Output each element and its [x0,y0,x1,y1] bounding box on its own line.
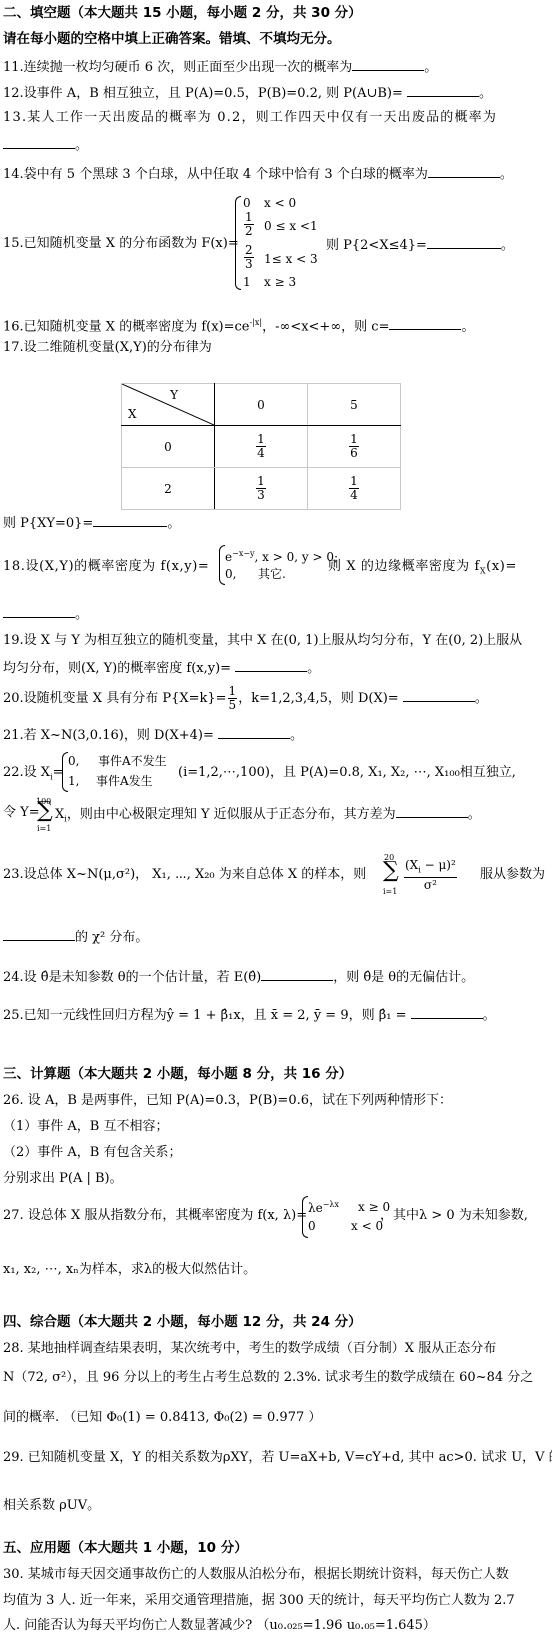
table-corner-header: Y X [122,384,215,426]
answer-blank[interactable] [396,805,468,818]
table-cell: 14 [215,426,308,468]
fraction: 12 [244,211,254,238]
section-title-comprehensive: 四、综合题（本大题共 2 小题，每小题 12 分，共 24 分） [3,1314,362,1330]
question-14: 14.袋中有 5 个黑球 3 个白球，从中任取 4 个球中恰有 3 个白球的概率… [3,165,513,183]
question-30: 30. 某城市每天因交通事故伤亡的人数服从泊松分布，根据长期统计资料，每天伤亡人… [3,1567,509,1583]
question-12: 12.设事件 A，B 相互独立，且 P(A)=0.5，P(B)=0.2, 则 P… [3,84,492,102]
question-24: 24.设 θ̂是未知参数 θ的一个估计量，若 E(θ̂)，则 θ̂是 θ的无偏估… [3,968,474,986]
answer-blank[interactable] [3,605,75,618]
answer-blank[interactable] [3,136,75,149]
answer-blank[interactable] [93,514,167,527]
section-title-calculation: 三、计算题（本大题共 2 小题，每小题 8 分，共 16 分） [3,1066,352,1082]
question-20: 20.设随机变量 X 具有分布 P{X=k}=15，k=1,2,3,4,5，则 … [3,685,488,712]
question-23-line2: 的 χ² 分布。 [3,928,148,946]
section-instruction: 请在每小题的空格中填上正确答案。错填、不填均无分。 [3,31,341,47]
question-15-answer: 则 P{2<X≤4}=。 [326,236,514,254]
question-27-line2: x₁, x₂, ⋯, xₙ为样本，求λ的极大似然估计。 [3,1262,256,1278]
summation-icon: ∑ [37,800,53,822]
question-17-answer: 则 P{XY=0}=。 [3,514,180,532]
question-30-line3: 人. 问能否认为每天平均伤亡人数显著减少? （u₀.₀₂₅=1.96 u₀.₀₅… [3,1618,436,1634]
question-27: 27. 设总体 X 服从指数分布，其概率密度为 f(x, λ)= [3,1208,307,1224]
section-title-application: 五、应用题（本大题共 1 小题，10 分） [3,1540,248,1556]
table-header-cell: 5 [308,384,401,426]
summation-icon: ∑ [383,860,399,882]
question-13: 13.某人工作一天出废品的概率为 0.2，则工作四天中仅有一天出废品的概率为 [3,110,497,126]
table-cell: 16 [308,426,401,468]
question-18-suffix: 则 X 的边缘概率密度为 fX(x)= [328,559,517,580]
question-29: 29. 已知随机变量 X，Y 的相关系数为ρXY，若 U=aX+b, V=cY+… [3,1450,552,1466]
answer-blank[interactable] [218,726,290,739]
answer-blank[interactable] [427,236,501,249]
table-header-cell: 0 [215,384,308,426]
question-28-line2: N（72, σ²），且 96 分以上的考生占考生总数的 2.3%. 试求考生的数… [3,1370,533,1386]
question-23: 23.设总体 X~N(μ,σ²)， X₁, ⋯, X₂₀ 为来自总体 X 的样本… [3,867,366,883]
question-21: 21.若 X~N(3,0.16)，则 D(X+4)= 。 [3,726,303,744]
question-19: 19.设 X 与 Y 为相互独立的随机变量，其中 X 在(0, 1)上服从均匀分… [3,633,522,649]
answer-blank[interactable] [261,968,333,981]
question-28-line3: 间的概率. （已知 Φ₀(1) = 0.8413, Φ₀(2) = 0.977 … [3,1410,321,1426]
question-18-blank-line: 。 [3,605,88,623]
answer-blank[interactable] [235,659,307,672]
fraction: 15 [228,685,238,712]
question-11: 11.连续抛一枚均匀硬币 6 次，则正面至少出现一次的概率为。 [3,58,437,76]
answer-blank[interactable] [352,58,424,71]
table-cell: 13 [215,468,308,510]
answer-blank[interactable] [428,165,500,178]
question-26-case-1: （1）事件 A，B 互不相容； [3,1119,168,1135]
question-26-case-2: （2）事件 A，B 有包含关系； [3,1145,181,1161]
question-22-line2-a: 令 Y= [3,805,40,821]
table-cell: 14 [308,468,401,510]
table-row-label: 2 [122,468,215,510]
question-13-blank-line: 。 [3,136,88,154]
table-row-label: 0 [122,426,215,468]
question-26: 26. 设 A，B 是两事件，已知 P(A)=0.3，P(B)=0.6，试在下列… [3,1093,452,1109]
question-17: 17.设二维随机变量(X,Y)的分布律为 [3,340,212,356]
section-title-fill-in: 二、填空题（本大题共 15 小题，每小题 2 分，共 30 分） [3,5,362,21]
answer-blank[interactable] [411,1006,483,1019]
distribution-table: Y X 0 5 0 14 16 2 13 14 [121,383,401,510]
question-26-ask: 分别求出 P(A | B)。 [3,1171,123,1187]
question-16: 16.已知随机变量 X 的概率密度为 f(x)=ce-|x|，-∞<x<+∞，则… [3,315,474,335]
answer-blank[interactable] [403,689,475,702]
left-brace [235,196,241,290]
table-row: 2 13 14 [122,468,401,510]
question-28: 28. 某地抽样调查结果表明，某次统考中，考生的数学成绩（百分制）X 服从正态分… [3,1341,496,1357]
answer-blank[interactable] [407,84,479,97]
question-22-line2-b: Xi，则由中心极限定理知 Y 近似服从于正态分布，其方差为。 [55,805,481,828]
question-30-line2: 均值为 3 人. 近一年来，采用交通管理措施，据 300 天的统计，每天平均伤亡… [3,1593,515,1609]
table-row: 0 14 16 [122,426,401,468]
question-15: 15.已知随机变量 X 的分布函数为 F(x)= [3,236,239,252]
question-22-middle: (i=1,2,⋯,100)，且 P(A)=0.8, X₁, X₂, ⋯, X₁₀… [178,765,516,781]
question-18: 18.设(X,Y)的概率密度为 f(x,y)= [3,559,209,575]
fraction: (Xi − μ)² σ² [404,858,457,892]
fraction: 23 [244,244,254,271]
question-19-line2: 均匀分布，则(X, Y)的概率密度 f(x,y)= 。 [3,659,320,677]
answer-blank[interactable] [389,317,461,330]
answer-blank[interactable] [3,928,75,941]
question-22: 22.设 Xi= [3,765,64,786]
question-29-line2: 相关系数 ρUV。 [3,1498,100,1514]
question-25: 25.已知一元线性回归方程为ŷ = 1 + β̂₁x，且 x̄ = 2, ȳ =… [3,1006,496,1024]
